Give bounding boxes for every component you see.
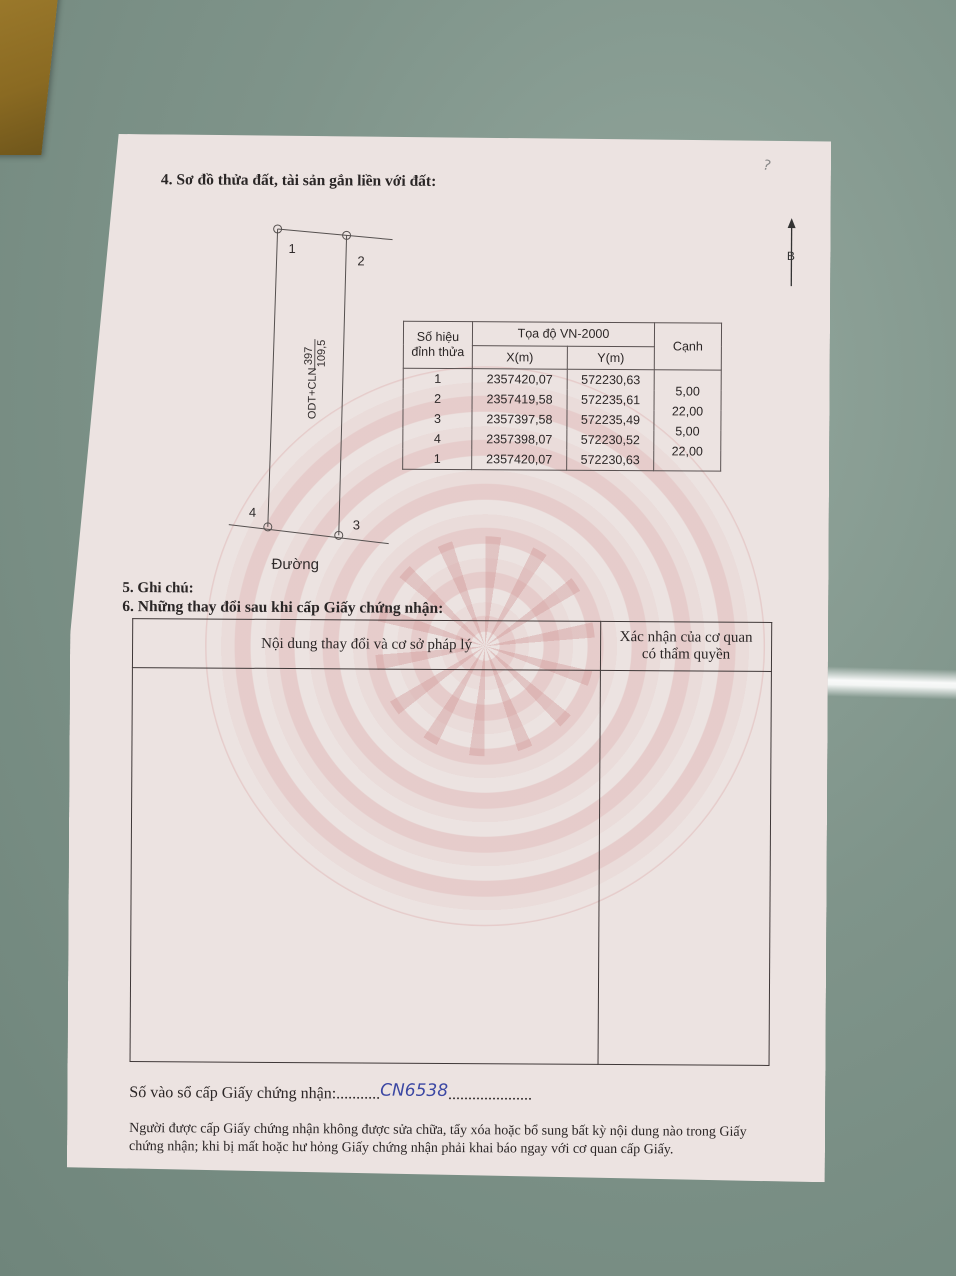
cell-y: 572230,63 bbox=[567, 450, 654, 471]
section-6-title: 6. Những thay đổi sau khi cấp Giấy chứng… bbox=[122, 598, 443, 618]
header-x: X(m) bbox=[472, 345, 567, 369]
header-edge: Cạnh bbox=[654, 323, 721, 370]
folder-corner bbox=[0, 0, 59, 155]
section-5-title: 5. Ghi chú: bbox=[122, 580, 193, 597]
coordinate-row: 22357419,58572235,6122,00 bbox=[403, 389, 721, 411]
change-content-cell bbox=[130, 668, 600, 1065]
cell-vertex: 1 bbox=[403, 449, 472, 470]
cell-x: 2357419,58 bbox=[472, 389, 567, 410]
cell-vertex: 1 bbox=[403, 368, 472, 389]
cell-y: 572235,61 bbox=[567, 390, 654, 411]
cell-x: 2357397,58 bbox=[472, 409, 567, 430]
north-arrow-icon: B bbox=[786, 218, 796, 288]
cell-edge: 22,00 bbox=[654, 430, 721, 450]
header-change-content: Nội dung thay đổi và cơ sở pháp lý bbox=[132, 619, 600, 671]
cell-x: 2357420,07 bbox=[472, 369, 567, 390]
registry-number-handwritten: CN6538 bbox=[380, 1081, 448, 1101]
authority-confirmation-cell bbox=[598, 670, 771, 1065]
cell-vertex: 3 bbox=[403, 409, 472, 429]
header-coords: Tọa độ VN-2000 bbox=[472, 322, 654, 347]
cell-edge: 22,00 bbox=[654, 390, 721, 410]
cell-edge: 5,00 bbox=[654, 410, 721, 430]
cell-y: 572230,52 bbox=[567, 430, 654, 451]
coordinate-row: 12357420,07572230,63 bbox=[403, 449, 721, 471]
coordinate-row: 12357420,07572230,635,00 bbox=[403, 368, 721, 390]
land-certificate-page: ? 4. Sơ đồ thửa đất, tài sản gắn liền vớ… bbox=[67, 134, 831, 1183]
cell-x: 2357398,07 bbox=[472, 429, 567, 450]
registry-label: Số vào sổ cấp Giấy chứng nhận: bbox=[129, 1084, 336, 1102]
header-vertex: Số hiệu đỉnh thửa bbox=[403, 321, 472, 368]
cell-vertex: 2 bbox=[403, 389, 472, 409]
coordinate-row: 32357397,58572235,495,00 bbox=[403, 409, 721, 431]
header-authority-confirmation: Xác nhận của cơ quan có thẩm quyền bbox=[600, 621, 771, 671]
light-glare bbox=[820, 666, 956, 700]
vertex-label-1: 1 bbox=[288, 241, 295, 256]
cell-y: 572235,49 bbox=[567, 410, 654, 431]
footer-note: Người được cấp Giấy chứng nhận không đượ… bbox=[129, 1120, 779, 1160]
vertex-label-2: 2 bbox=[357, 253, 364, 268]
coordinate-row: 42357398,07572230,5222,00 bbox=[403, 429, 721, 451]
land-use-code: ODT+CLN bbox=[306, 367, 318, 419]
changes-table: Nội dung thay đổi và cơ sở pháp lý Xác n… bbox=[130, 618, 773, 1066]
cell-vertex: 4 bbox=[403, 429, 472, 449]
coordinate-table: Số hiệu đỉnh thửa Tọa độ VN-2000 Cạnh X(… bbox=[402, 321, 722, 472]
cell-x: 2357420,07 bbox=[472, 449, 567, 470]
header-y: Y(m) bbox=[567, 346, 654, 370]
header-authority-line1: Xác nhận của cơ quan bbox=[620, 629, 753, 646]
parcel-number: 397 bbox=[303, 347, 315, 365]
parcel-area: 109,5 bbox=[316, 340, 328, 368]
svg-text:B: B bbox=[787, 249, 795, 263]
registry-dots-after: ..................... bbox=[448, 1086, 532, 1104]
header-vertex-line2: đỉnh thửa bbox=[411, 345, 464, 359]
registry-number-line: Số vào sổ cấp Giấy chứng nhận:..........… bbox=[129, 1082, 532, 1104]
road-label: Đường bbox=[272, 556, 320, 573]
registry-dots-before: ........... bbox=[336, 1085, 380, 1102]
cell-edge bbox=[654, 450, 721, 471]
header-vertex-line1: Số hiệu bbox=[417, 330, 459, 344]
cell-edge: 5,00 bbox=[654, 370, 721, 391]
vertex-label-4: 4 bbox=[249, 505, 256, 520]
header-authority-line2: có thẩm quyền bbox=[642, 646, 730, 663]
vertex-label-3: 3 bbox=[353, 517, 360, 532]
cell-y: 572230,63 bbox=[567, 369, 654, 390]
